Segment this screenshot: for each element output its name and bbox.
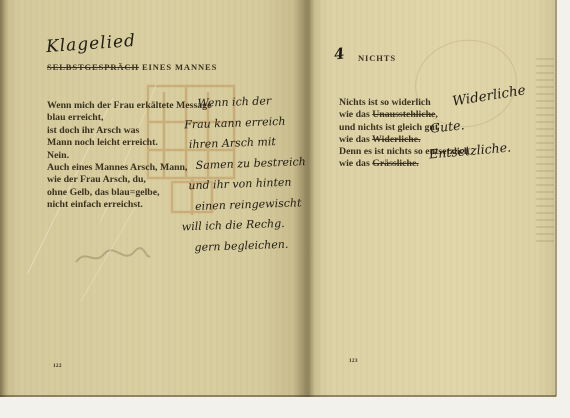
struck-word: Widerliche.	[372, 134, 421, 145]
handwritten-line: Samen zu bestreich	[195, 151, 318, 176]
page-number-right: 123	[349, 359, 358, 364]
poem-line-text: wie das	[339, 109, 372, 120]
book-right-edge	[555, 0, 557, 396]
printed-title-right: NICHTS	[358, 53, 396, 63]
poem-line: wie das Grässliche.	[339, 158, 469, 170]
struck-word: Unausstehliche	[372, 109, 435, 120]
poem-line: Nichts ist so widerlich	[339, 97, 469, 109]
poem-line-text: und nichts ist gleich gut	[339, 122, 438, 133]
struck-word: Grässliche.	[372, 158, 419, 169]
book-bottom-edge	[0, 395, 556, 397]
handwritten-line: gern begleichen.	[194, 233, 321, 258]
poem-line-text: wie das	[339, 158, 372, 169]
book-left-edge	[0, 0, 8, 397]
handwritten-line: einen reingewischt	[195, 192, 320, 217]
poem-line-text: ,	[435, 109, 437, 120]
handwritten-draft: Wenn ich der Frau kann erreich ihren Ars…	[183, 90, 321, 259]
printed-title-left: SELBSTGESPRÄCHEINES MANNES	[47, 62, 217, 72]
book-scan: Klagelied SELBSTGESPRÄCHEINES MANNES Wen…	[0, 0, 570, 418]
right-edge-bleed-through	[536, 58, 554, 243]
printed-title-struck-word: SELBSTGESPRÄCH	[47, 62, 139, 72]
poem-line-text: wie das	[339, 134, 372, 145]
page-number-left: 122	[53, 364, 62, 369]
printed-title-rest: EINES MANNES	[142, 62, 217, 72]
poem-line-text: Nichts ist so widerlich	[339, 97, 431, 108]
